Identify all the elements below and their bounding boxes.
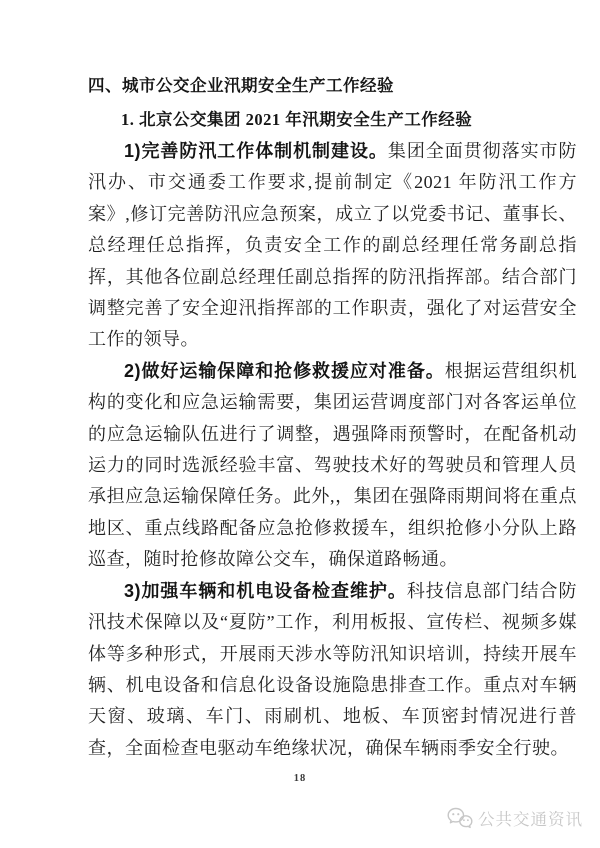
paragraph-3-text: 科技信息部门结合防汛技术保障以及“夏防”工作，利用板报、宣传栏、视频多媒体等多种… bbox=[88, 581, 577, 758]
watermark: 公共交通资讯 bbox=[447, 806, 583, 830]
paragraph-1-text: 集团全面贯彻落实市防汛办、市交通委工作要求,提前制定《2021 年防汛工作方案》… bbox=[88, 141, 577, 349]
subsection-heading: 1. 北京公交集团 2021 年汛期安全生产工作经验 bbox=[88, 103, 577, 136]
paragraph-1-lead: 1)完善防汛工作体制机制建设。 bbox=[124, 141, 388, 161]
document-page: 四、城市公交企业汛期安全生产工作经验 1. 北京公交集团 2021 年汛期安全生… bbox=[0, 0, 600, 848]
paragraph-3-lead: 3)加强车辆和机电设备检查维护。 bbox=[124, 581, 407, 601]
watermark-label: 公共交通资讯 bbox=[478, 806, 583, 830]
page-number: 18 bbox=[0, 773, 600, 784]
paragraph-2-lead: 2)做好运输保障和抢修救援应对准备。 bbox=[124, 361, 445, 381]
paragraph-1: 1)完善防汛工作体制机制建设。集团全面贯彻落实市防汛办、市交通委工作要求,提前制… bbox=[88, 136, 577, 356]
paragraph-2-text: 根据运营组织机构的变化和应急运输需要，集团运营调度部门对各客运单位的应急运输队伍… bbox=[88, 361, 577, 569]
section-heading: 四、城市公交企业汛期安全生产工作经验 bbox=[88, 70, 577, 103]
paragraph-2: 2)做好运输保障和抢修救援应对准备。根据运营组织机构的变化和应急运输需要，集团运… bbox=[88, 356, 577, 576]
document-content: 四、城市公交企业汛期安全生产工作经验 1. 北京公交集团 2021 年汛期安全生… bbox=[0, 0, 600, 764]
paragraph-3: 3)加强车辆和机电设备检查维护。科技信息部门结合防汛技术保障以及“夏防”工作，利… bbox=[88, 576, 577, 764]
wechat-icon bbox=[447, 807, 473, 829]
